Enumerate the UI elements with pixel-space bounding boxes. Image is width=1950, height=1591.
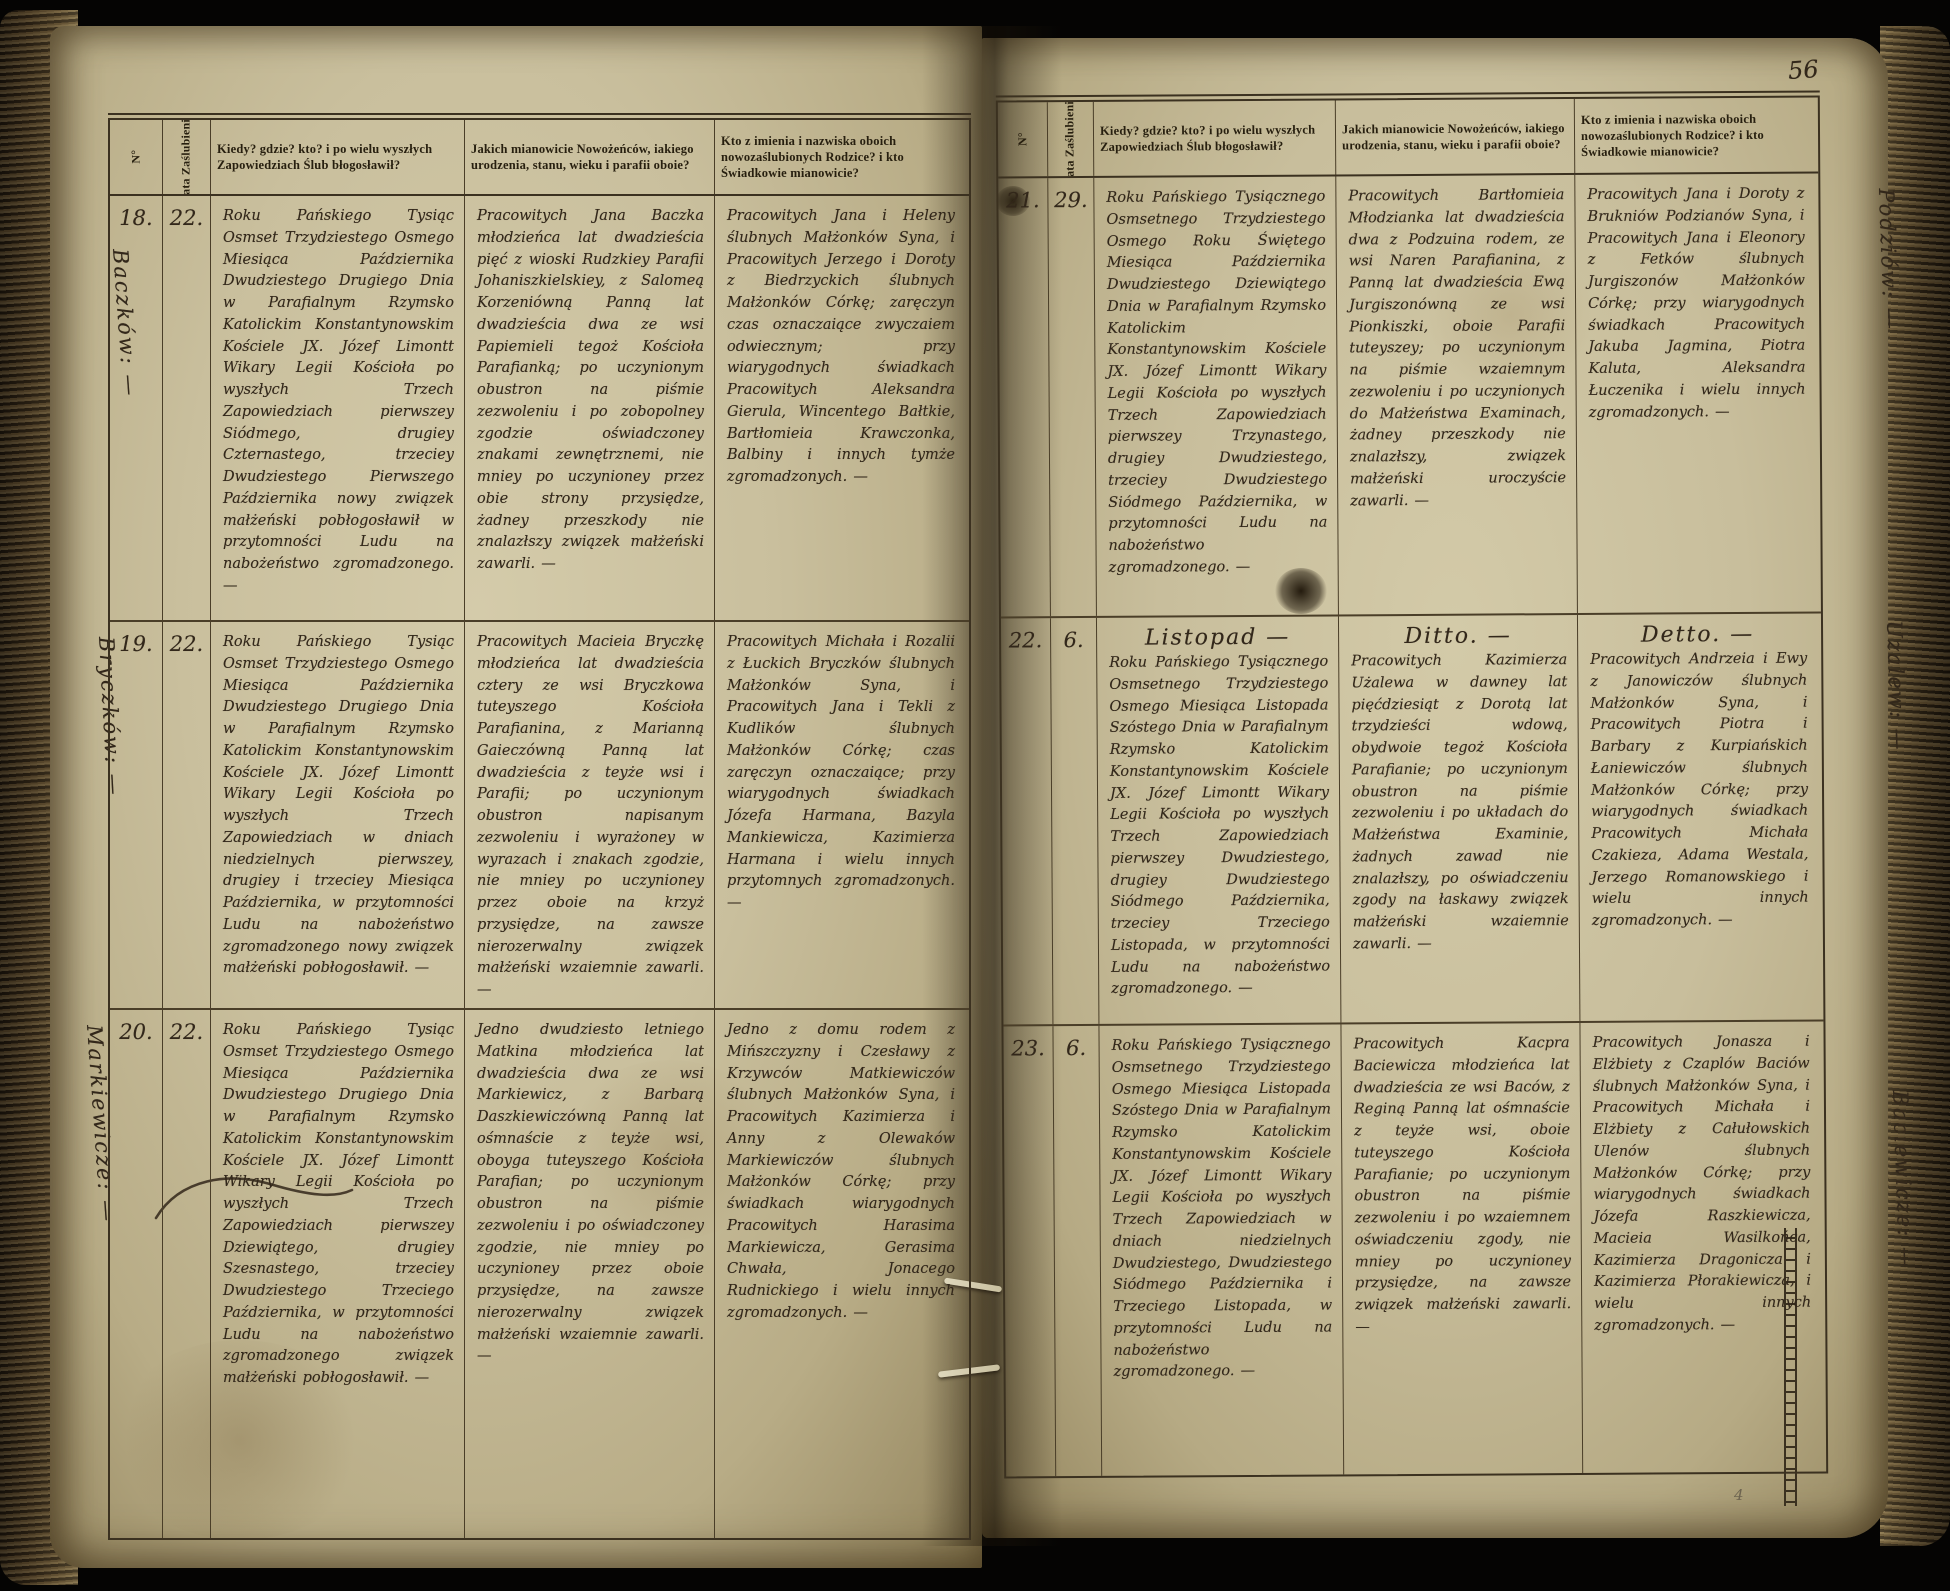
entry-date: 22. (163, 1010, 211, 1538)
entry-number: 19. (110, 622, 163, 1008)
left-page-table: N° Data Zaślubienia. Kiedy? gdzie? kto? … (108, 118, 971, 1540)
page-number: 56 (1787, 55, 1819, 85)
entry-row: 22. 6. Listopad — Roku Pańskiego Tysiącz… (1001, 611, 1823, 1024)
entry-number: 22. (1001, 618, 1053, 1024)
parents-cell: Pracowitych Jana i Doroty z Brukniów Pod… (1575, 174, 1817, 613)
entry-number: 23. (1003, 1026, 1056, 1476)
parents-cell: Pracowitych Jonasza i Elżbiety z Czaplów… (1580, 1022, 1822, 1473)
header-who: Jakich mianowicie Nowożeńców, iakiego ur… (1336, 99, 1575, 174)
entry-number: 21. (998, 178, 1051, 616)
entry-row: 19. 22. Roku Pańskiego Tysiąc Osmset Trz… (110, 620, 969, 1008)
entry-date: 22. (163, 196, 211, 620)
ditto-heading: Ditto. — (1339, 615, 1577, 649)
header-date: Data Zaślubienia. (1048, 102, 1094, 176)
margin-note: Użalew: — (1882, 620, 1911, 752)
header-parents: Kto z imienia i nazwiska oboich nowozaśl… (1575, 98, 1814, 173)
who-cell: Pracowitych Bartłomieia Młodzianka lat d… (1336, 175, 1578, 614)
entry-date: 22. (163, 622, 211, 1008)
parents-cell: Pracowitych Michała i Rozalii z Łuckich … (715, 622, 965, 1008)
who-cell: Pracowitych Jana Baczka młodzieńca lat d… (465, 196, 715, 620)
entry-row: 23. 6. Roku Pańskiego Tysiącznego Osmset… (1003, 1019, 1826, 1476)
book-left-page-edges (0, 10, 78, 1585)
parents-cell: Jedno z domu rodem z Mińszczyzny i Czesł… (715, 1010, 965, 1538)
when-cell: Listopad — Roku Pańskiego Tysiącznego Os… (1097, 616, 1341, 1023)
header-parents: Kto z imienia i nazwiska oboich nowozaśl… (715, 120, 965, 194)
when-cell: Roku Pańskiego Tysiąc Osmset Trzydzieste… (211, 196, 465, 620)
entry-row: 18. 22. Roku Pańskiego Tysiąc Osmset Trz… (110, 196, 969, 620)
header-when: Kiedy? gdzie? kto? i po wielu wyszłych Z… (1094, 100, 1336, 175)
right-page-table: N° Data Zaślubienia. Kiedy? gdzie? kto? … (996, 95, 1828, 1478)
entry-date: 6. (1051, 618, 1099, 1024)
who-cell: Jedno dwudziesto letniego Matkina młodzi… (465, 1010, 715, 1538)
parents-cell: Pracowitych Jana i Heleny ślubnych Małżo… (715, 196, 965, 620)
detto-heading: Detto. — (1578, 614, 1817, 648)
pencil-mark: 4 (1734, 1486, 1744, 1504)
entry-number: 18. (110, 196, 163, 620)
who-cell: Pracowitych Kacpra Baciewicza młodzieńca… (1341, 1023, 1583, 1474)
header-no: N° (110, 120, 163, 194)
entry-date: 6. (1053, 1026, 1102, 1476)
header-when: Kiedy? gdzie? kto? i po wielu wyszłych Z… (211, 120, 465, 194)
left-table-header: N° Data Zaślubienia. Kiedy? gdzie? kto? … (110, 120, 969, 196)
register-book-photo: 56 4 Baczków: — Bryczków: — Markiewicze:… (0, 0, 1950, 1591)
when-cell: Roku Pańskiego Tysiącznego Osmsetnego Tr… (1099, 1024, 1344, 1475)
entry-row: 21. 29. Roku Pańskiego Tysiącznego Osmse… (998, 174, 1821, 617)
month-heading: Listopad — (1097, 616, 1338, 650)
header-no: N° (998, 102, 1048, 176)
when-cell: Roku Pańskiego Tysiącznego Osmsetnego Tr… (1094, 176, 1339, 615)
entry-date: 29. (1048, 178, 1097, 616)
who-cell: Ditto. — Pracowitych Kazimierza Użalewa … (1339, 615, 1580, 1022)
margin-note: Baciewicze: — (1888, 1090, 1918, 1270)
margin-note: Podziów: — (1874, 188, 1903, 331)
who-cell: Pracowitych Macieia Bryczkę młodzieńca l… (465, 622, 715, 1008)
header-who: Jakich mianowicie Nowożeńców, iakiego ur… (465, 120, 715, 194)
entry-row: 20. 22. Roku Pańskiego Tysiąc Osmset Trz… (110, 1008, 969, 1538)
right-table-header: N° Data Zaślubienia. Kiedy? gdzie? kto? … (998, 98, 1818, 179)
parents-cell: Detto. — Pracowitych Andrzeia i Ewy z Ja… (1578, 614, 1819, 1021)
entry-number: 20. (110, 1010, 163, 1538)
header-date: Data Zaślubienia. (163, 120, 211, 194)
when-cell: Roku Pańskiego Tysiąc Osmset Trzydzieste… (211, 622, 465, 1008)
when-cell: Roku Pańskiego Tysiąc Osmset Trzydzieste… (211, 1010, 465, 1538)
